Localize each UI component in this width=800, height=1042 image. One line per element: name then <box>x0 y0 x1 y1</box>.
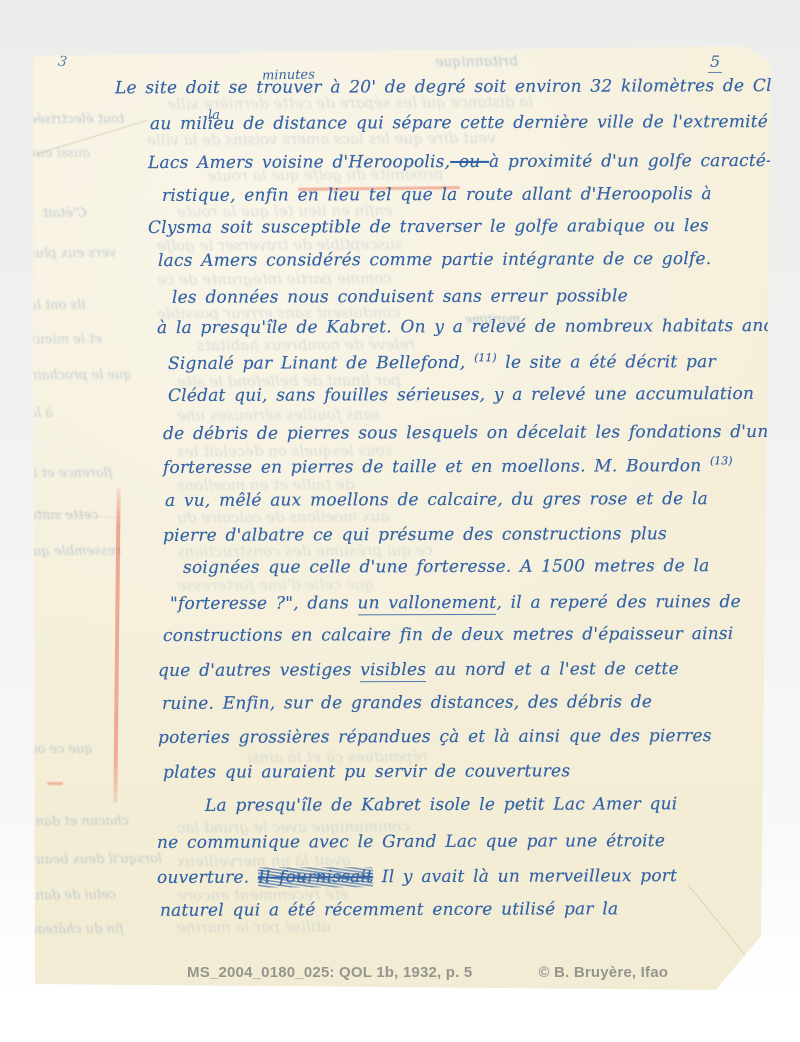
interlinear-insertion: la <box>208 108 220 123</box>
scanned-document: britanniquetout électriséeaussi euxC'éta… <box>0 0 800 1042</box>
interlinear-insertion: minutes <box>262 68 315 84</box>
manuscript-insertions: minutesla <box>27 46 771 992</box>
manuscript-page: britanniquetout électriséeaussi euxC'éta… <box>27 46 771 992</box>
